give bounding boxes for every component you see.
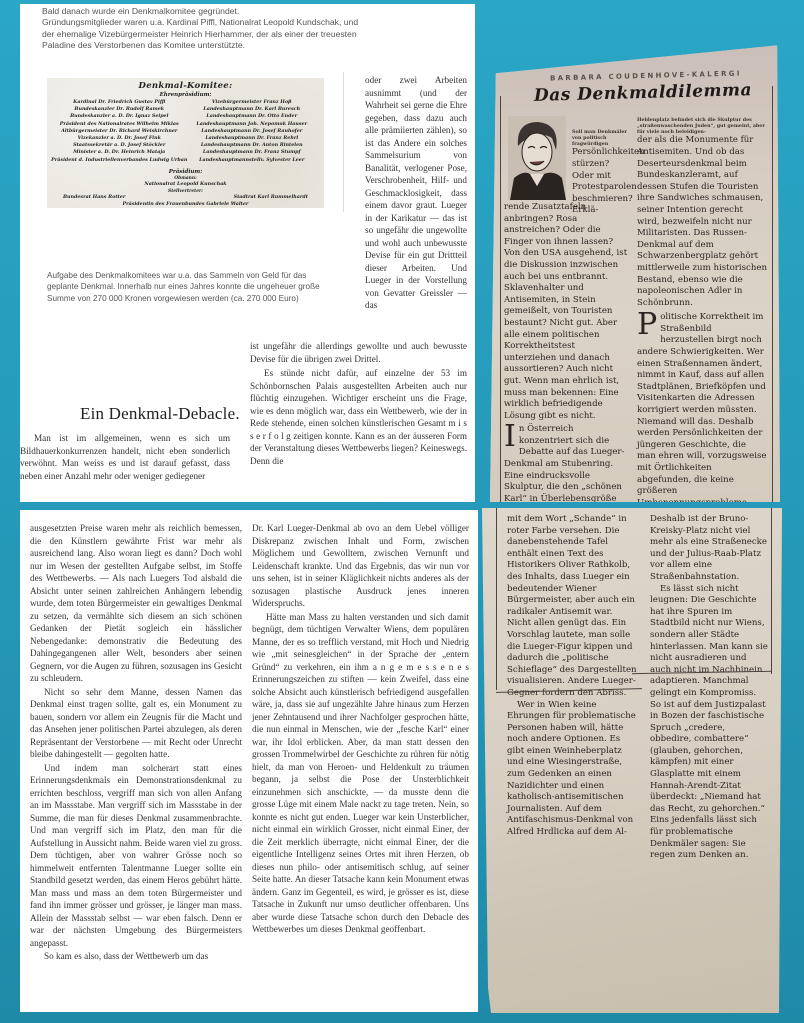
- committee-image: Denkmal-Komitee: Ehrenpräsidium: Kardina…: [47, 78, 324, 208]
- historic-article-panel-bottom: ausgesetzten Preise waren mehr als reich…: [20, 510, 478, 1012]
- paragraph: ausgesetzten Preise waren mehr als reich…: [30, 522, 242, 685]
- clipping-border-left: [496, 508, 497, 690]
- author-portrait-illustration: [508, 116, 566, 200]
- article-headline: Ein Denkmal-Debacle.: [80, 404, 240, 424]
- committee-name: Staatssekretär a. D. Josef Stöckler: [73, 142, 165, 149]
- drop-cap: I: [504, 424, 516, 450]
- clipping-column-2: Heldenplatz befindet sich die Skulptur d…: [637, 118, 767, 502]
- committee-name: Landeshauptmann Dr. Karl Buresch: [203, 106, 300, 113]
- paragraph: Deshalb ist der Bruno-Kreisky-Platz nich…: [650, 514, 768, 584]
- committee-name: Bundeskanzler Dr. Rudolf Ramek: [74, 106, 164, 113]
- paragraph: Und indem man solcherart statt eines Eri…: [30, 762, 242, 950]
- intro-line-2: Gründungsmitglieder waren u.a. Kardinal …: [42, 17, 362, 51]
- paragraph: Wer in Wien keine Ehrungen für problemat…: [507, 700, 637, 839]
- committee-right-column: Vizebürgermeister Franz Hoß Landeshauptm…: [186, 99, 319, 164]
- committee-name: Altbürgermeister Dr. Richard Weiskirchne…: [61, 128, 177, 135]
- committee-name: Bundesrat Hans Rotter: [63, 194, 125, 201]
- paragraph: So kam es also, dass der Wettbewerb um d…: [30, 950, 242, 963]
- committee-name: Landeshauptmann Dr. Otto Ender: [206, 113, 297, 120]
- committee-caption: Aufgabe des Denkmalkomitees war u.a. das…: [47, 270, 327, 304]
- committee-name: Vizebürgermeister Franz Hoß: [212, 99, 292, 106]
- paragraph: rende Zusatztafeln anbringen? Rosa anstr…: [504, 202, 629, 422]
- clipping-column-2: Deshalb ist der Bruno-Kreisky-Platz nich…: [650, 514, 768, 862]
- intro-small-text: Heldenplatz befindet sich die Skulptur d…: [637, 118, 767, 135]
- committee-name: Präsidentin des Frauenbundes Gabriele Wa…: [47, 201, 324, 208]
- committee-left-column: Kardinal Dr. Friedrich Gustav Piffl Bund…: [53, 99, 186, 164]
- divider: [343, 72, 344, 212]
- article-lead-paragraph: Man ist im allgemeinen, wenn es sich um …: [20, 432, 230, 482]
- chair-name: Nationalrat Leopold Kunschak: [47, 181, 324, 188]
- article-column-2: Dr. Karl Lueger-Denkmal ab ovo an dem Ue…: [252, 522, 469, 936]
- historic-article-panel-top: Bald danach wurde ein Denkmalkomitee geg…: [20, 4, 475, 502]
- paragraph: der als die Monumente für Antisemiten. U…: [637, 135, 767, 309]
- committee-name: Kardinal Dr. Friedrich Gustav Piffl: [73, 99, 165, 106]
- drop-cap: P: [637, 312, 657, 338]
- clipping-column-1: rende Zusatztafeln anbringen? Rosa anstr…: [504, 202, 629, 502]
- paragraph: Hätte man Mass zu halten verstanden und …: [252, 611, 469, 936]
- committee-title: Denkmal-Komitee:: [47, 81, 324, 91]
- committee-name: Landeshauptmann Dr. Franz Stumpf: [203, 149, 301, 156]
- intro-small-text: Soll man Denkmäler von politisch fragwür…: [572, 130, 630, 147]
- clipping-border-left: [500, 96, 501, 502]
- committee-name: Landeshauptmann Dr. Josef Rauhofer: [201, 128, 302, 135]
- paragraph: Es stünde nicht dafür, auf einzelne der …: [250, 367, 467, 467]
- committee-name: Präsident des Nationalrates Wilhelm Mikl…: [60, 121, 179, 128]
- intro-text: Bald danach wurde ein Denkmalkomitee geg…: [42, 6, 362, 51]
- article-column-1: ausgesetzten Preise waren mehr als reich…: [30, 522, 242, 963]
- intro-line-1: Bald danach wurde ein Denkmalkomitee geg…: [42, 6, 362, 17]
- paragraph: ist ungefähr die allerdings gewollte und…: [250, 340, 467, 365]
- presidium-heading: Präsidium:: [47, 169, 324, 175]
- article-column-wide: ist ungefähr die allerdings gewollte und…: [250, 340, 467, 467]
- article-column-right: oder zwei Arbeiten ausnimmt (und der Wah…: [365, 74, 467, 312]
- paragraph: n Österreich konzentriert sich die Debat…: [504, 424, 624, 502]
- paragraph: Nicht so sehr dem Manne, dessen Namen da…: [30, 686, 242, 761]
- newspaper-clipping-top: BARBARA COUDENHOVE-KALERGI Das Denkmaldi…: [490, 36, 780, 502]
- paragraph: Dr. Karl Lueger-Denkmal ab ovo an dem Ue…: [252, 522, 469, 610]
- paragraph: mit dem Wort „Schande“ in roter Farbe ve…: [507, 514, 637, 700]
- committee-name: Landeshauptmann Joh. Nepomuk Hauser: [196, 121, 307, 128]
- committee-name: Landeshauptmann Dr. Franz Rehrl: [205, 135, 298, 142]
- committee-name: Landeshauptmann Dr. Anton Rintelen: [201, 142, 303, 149]
- committee-name: Bundeskanzler a. D. Dr. Ignaz Seipel: [70, 113, 168, 120]
- committee-name: Landeshauptmannstellv. Sylvester Leer: [199, 157, 304, 164]
- paragraph: Es lässt sich nicht leugnen: Die Geschic…: [650, 584, 768, 862]
- clipping-border-right: [771, 508, 772, 674]
- clipping-title: Das Denkmaldilemma: [534, 80, 752, 106]
- newspaper-clipping-bottom: mit dem Wort „Schande“ in roter Farbe ve…: [482, 508, 782, 1013]
- clipping-border-right: [772, 86, 773, 502]
- committee-name: Präsident d. Industriellenverbandes Ludw…: [51, 157, 187, 164]
- committee-names-grid: Kardinal Dr. Friedrich Gustav Piffl Bund…: [47, 98, 324, 164]
- committee-name: Minister a. D. Dr. Heinrich Mataja: [73, 149, 165, 156]
